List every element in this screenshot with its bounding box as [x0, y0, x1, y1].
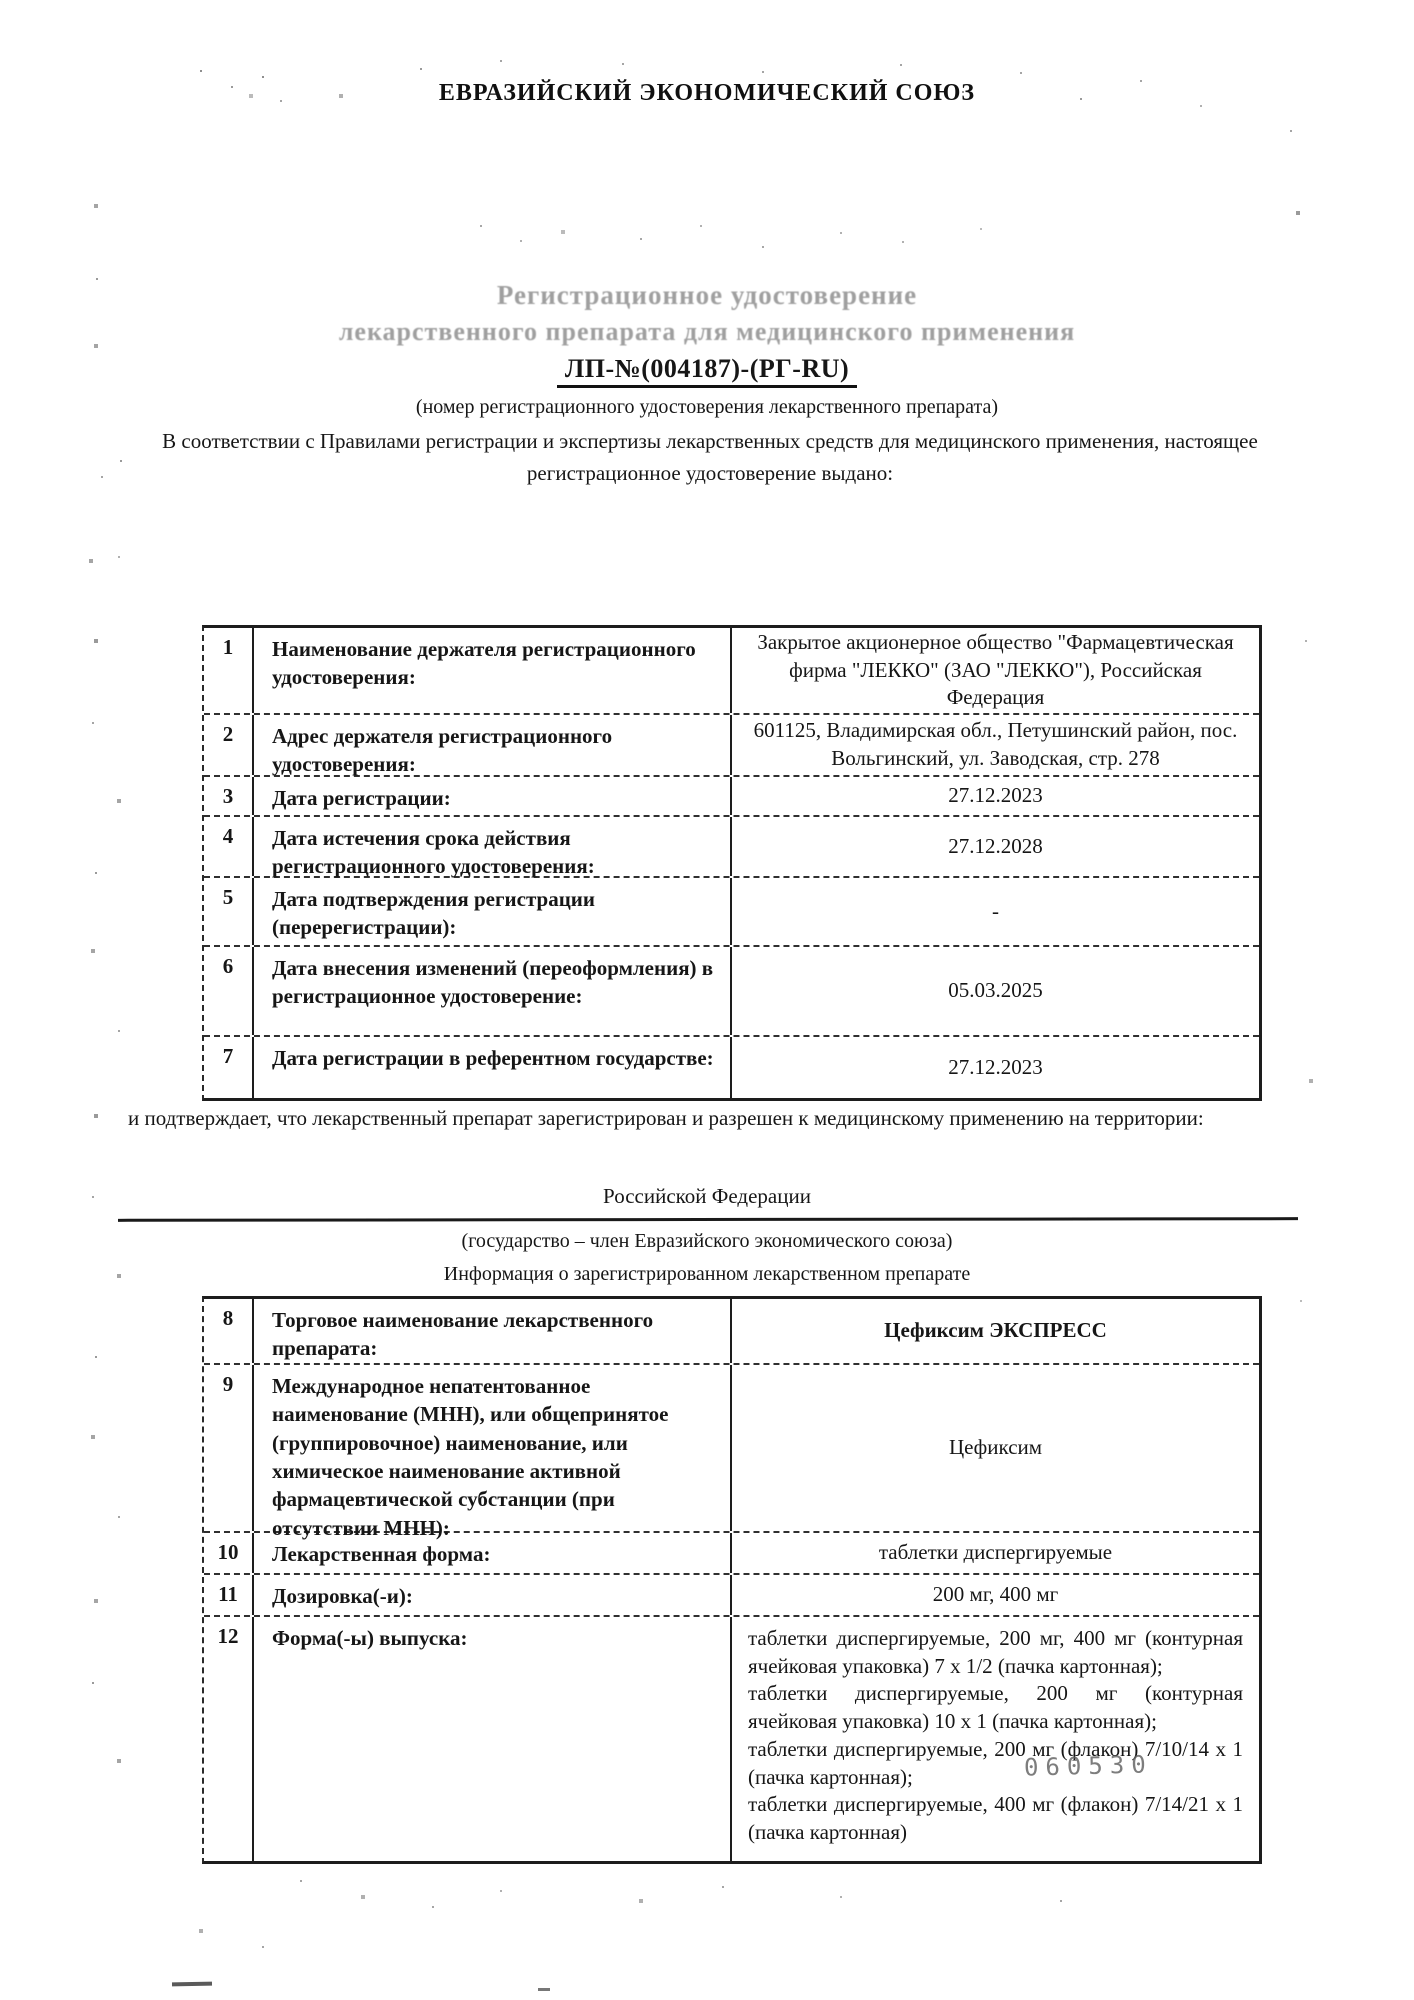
table-row: 2 Адрес держателя регистрационного удост…	[204, 713, 1259, 775]
registration-number: ЛП-№(004187)-(РГ-RU)	[557, 354, 857, 388]
registration-details-table: 1 Наименование держателя регистрационног…	[202, 625, 1262, 1101]
row-number: 5	[204, 878, 254, 945]
row-number: 1	[204, 628, 254, 713]
row-label: Наименование держателя регистрационного …	[254, 628, 732, 713]
row-label: Международное непатентованное наименован…	[254, 1365, 732, 1531]
release-form-item: таблетки диспергируемые, 400 мг (флакон)…	[748, 1791, 1243, 1846]
row-number: 11	[204, 1575, 254, 1615]
union-header: ЕВРАЗИЙСКИЙ ЭКОНОМИЧЕСКИЙ СОЮЗ	[0, 80, 1414, 107]
document-title-line1: Регистрационное удостоверение	[0, 280, 1414, 311]
territory-caption: (государство – член Евразийского экономи…	[0, 1230, 1414, 1253]
registration-number-wrap: ЛП-№(004187)-(РГ-RU)	[0, 354, 1414, 388]
row-value: Закрытое акционерное общество "Фармацевт…	[732, 628, 1259, 713]
row-label: Дата внесения изменений (переоформления)…	[254, 947, 732, 1035]
row-number: 7	[204, 1037, 254, 1098]
info-heading: Информация о зарегистрированном лекарств…	[0, 1263, 1414, 1286]
row-number: 10	[204, 1533, 254, 1573]
row-value: -	[732, 878, 1259, 945]
scan-artifact-dash	[538, 1988, 550, 1991]
table-row: 6 Дата внесения изменений (переоформлени…	[204, 945, 1259, 1035]
release-form-item: таблетки диспергируемые, 200 мг (контурн…	[748, 1680, 1243, 1735]
release-form-item: таблетки диспергируемые, 200 мг, 400 мг …	[748, 1625, 1243, 1680]
row-value: 27.12.2023	[732, 1037, 1259, 1098]
row-value: 601125, Владимирская обл., Петушинский р…	[732, 715, 1259, 775]
table-row: 9 Международное непатентованное наименов…	[204, 1363, 1259, 1531]
table-row: 12 Форма(-ы) выпуска: таблетки диспергир…	[204, 1615, 1259, 1861]
table-row: 5 Дата подтверждения регистрации (перере…	[204, 876, 1259, 945]
table-row: 8 Торговое наименование лекарственного п…	[204, 1299, 1259, 1363]
row-label: Торговое наименование лекарственного пре…	[254, 1299, 732, 1363]
row-value-release-forms: таблетки диспергируемые, 200 мг, 400 мг …	[732, 1617, 1259, 1861]
scan-noise	[0, 0, 2, 2]
release-form-item: таблетки диспергируемые, 200 мг (флакон)…	[748, 1736, 1243, 1791]
table-row: 11 Дозировка(-и): 200 мг, 400 мг	[204, 1573, 1259, 1615]
row-number: 4	[204, 817, 254, 876]
row-label: Форма(-ы) выпуска:	[254, 1617, 732, 1861]
row-value: 27.12.2023	[732, 777, 1259, 815]
row-label: Адрес держателя регистрационного удостов…	[254, 715, 732, 775]
row-label: Лекарственная форма:	[254, 1533, 732, 1573]
row-value: 27.12.2028	[732, 817, 1259, 876]
stamp-number: 060530	[1024, 1750, 1153, 1781]
registration-number-caption: (номер регистрационного удостоверения ле…	[0, 396, 1414, 419]
table-row: 7 Дата регистрации в референтном государ…	[204, 1035, 1259, 1098]
row-number: 8	[204, 1299, 254, 1363]
row-label: Дата регистрации в референтном государст…	[254, 1037, 732, 1098]
document-page: ЕВРАЗИЙСКИЙ ЭКОНОМИЧЕСКИЙ СОЮЗ Регистрац…	[0, 0, 1414, 2000]
table-row: 4 Дата истечения срока действия регистра…	[204, 815, 1259, 876]
table-row: 10 Лекарственная форма: таблетки дисперг…	[204, 1531, 1259, 1573]
table-row: 1 Наименование держателя регистрационног…	[204, 628, 1259, 713]
row-value: таблетки диспергируемые	[732, 1533, 1259, 1573]
row-label: Дата истечения срока действия регистраци…	[254, 817, 732, 876]
row-number: 3	[204, 777, 254, 815]
row-label: Дата подтверждения регистрации (перереги…	[254, 878, 732, 945]
row-number: 9	[204, 1365, 254, 1531]
row-value: 05.03.2025	[732, 947, 1259, 1035]
table-row: 3 Дата регистрации: 27.12.2023	[204, 775, 1259, 815]
document-title-line2: лекарственного препарата для медицинског…	[0, 317, 1414, 347]
intro-paragraph: В соответствии с Правилами регистрации и…	[130, 426, 1290, 489]
territory-name: Российской Федерации	[0, 1184, 1414, 1209]
row-value: 200 мг, 400 мг	[732, 1575, 1259, 1615]
row-value: Цефиксим ЭКСПРЕСС	[732, 1299, 1259, 1363]
confirmation-paragraph: и подтверждает, что лекарственный препар…	[128, 1102, 1298, 1135]
row-number: 6	[204, 947, 254, 1035]
scan-artifact-dash	[172, 1982, 212, 1987]
row-label: Дата регистрации:	[254, 777, 732, 815]
row-label: Дозировка(-и):	[254, 1575, 732, 1615]
horizontal-rule	[118, 1217, 1298, 1222]
row-value: Цефиксим	[732, 1365, 1259, 1531]
row-number: 12	[204, 1617, 254, 1861]
row-number: 2	[204, 715, 254, 775]
